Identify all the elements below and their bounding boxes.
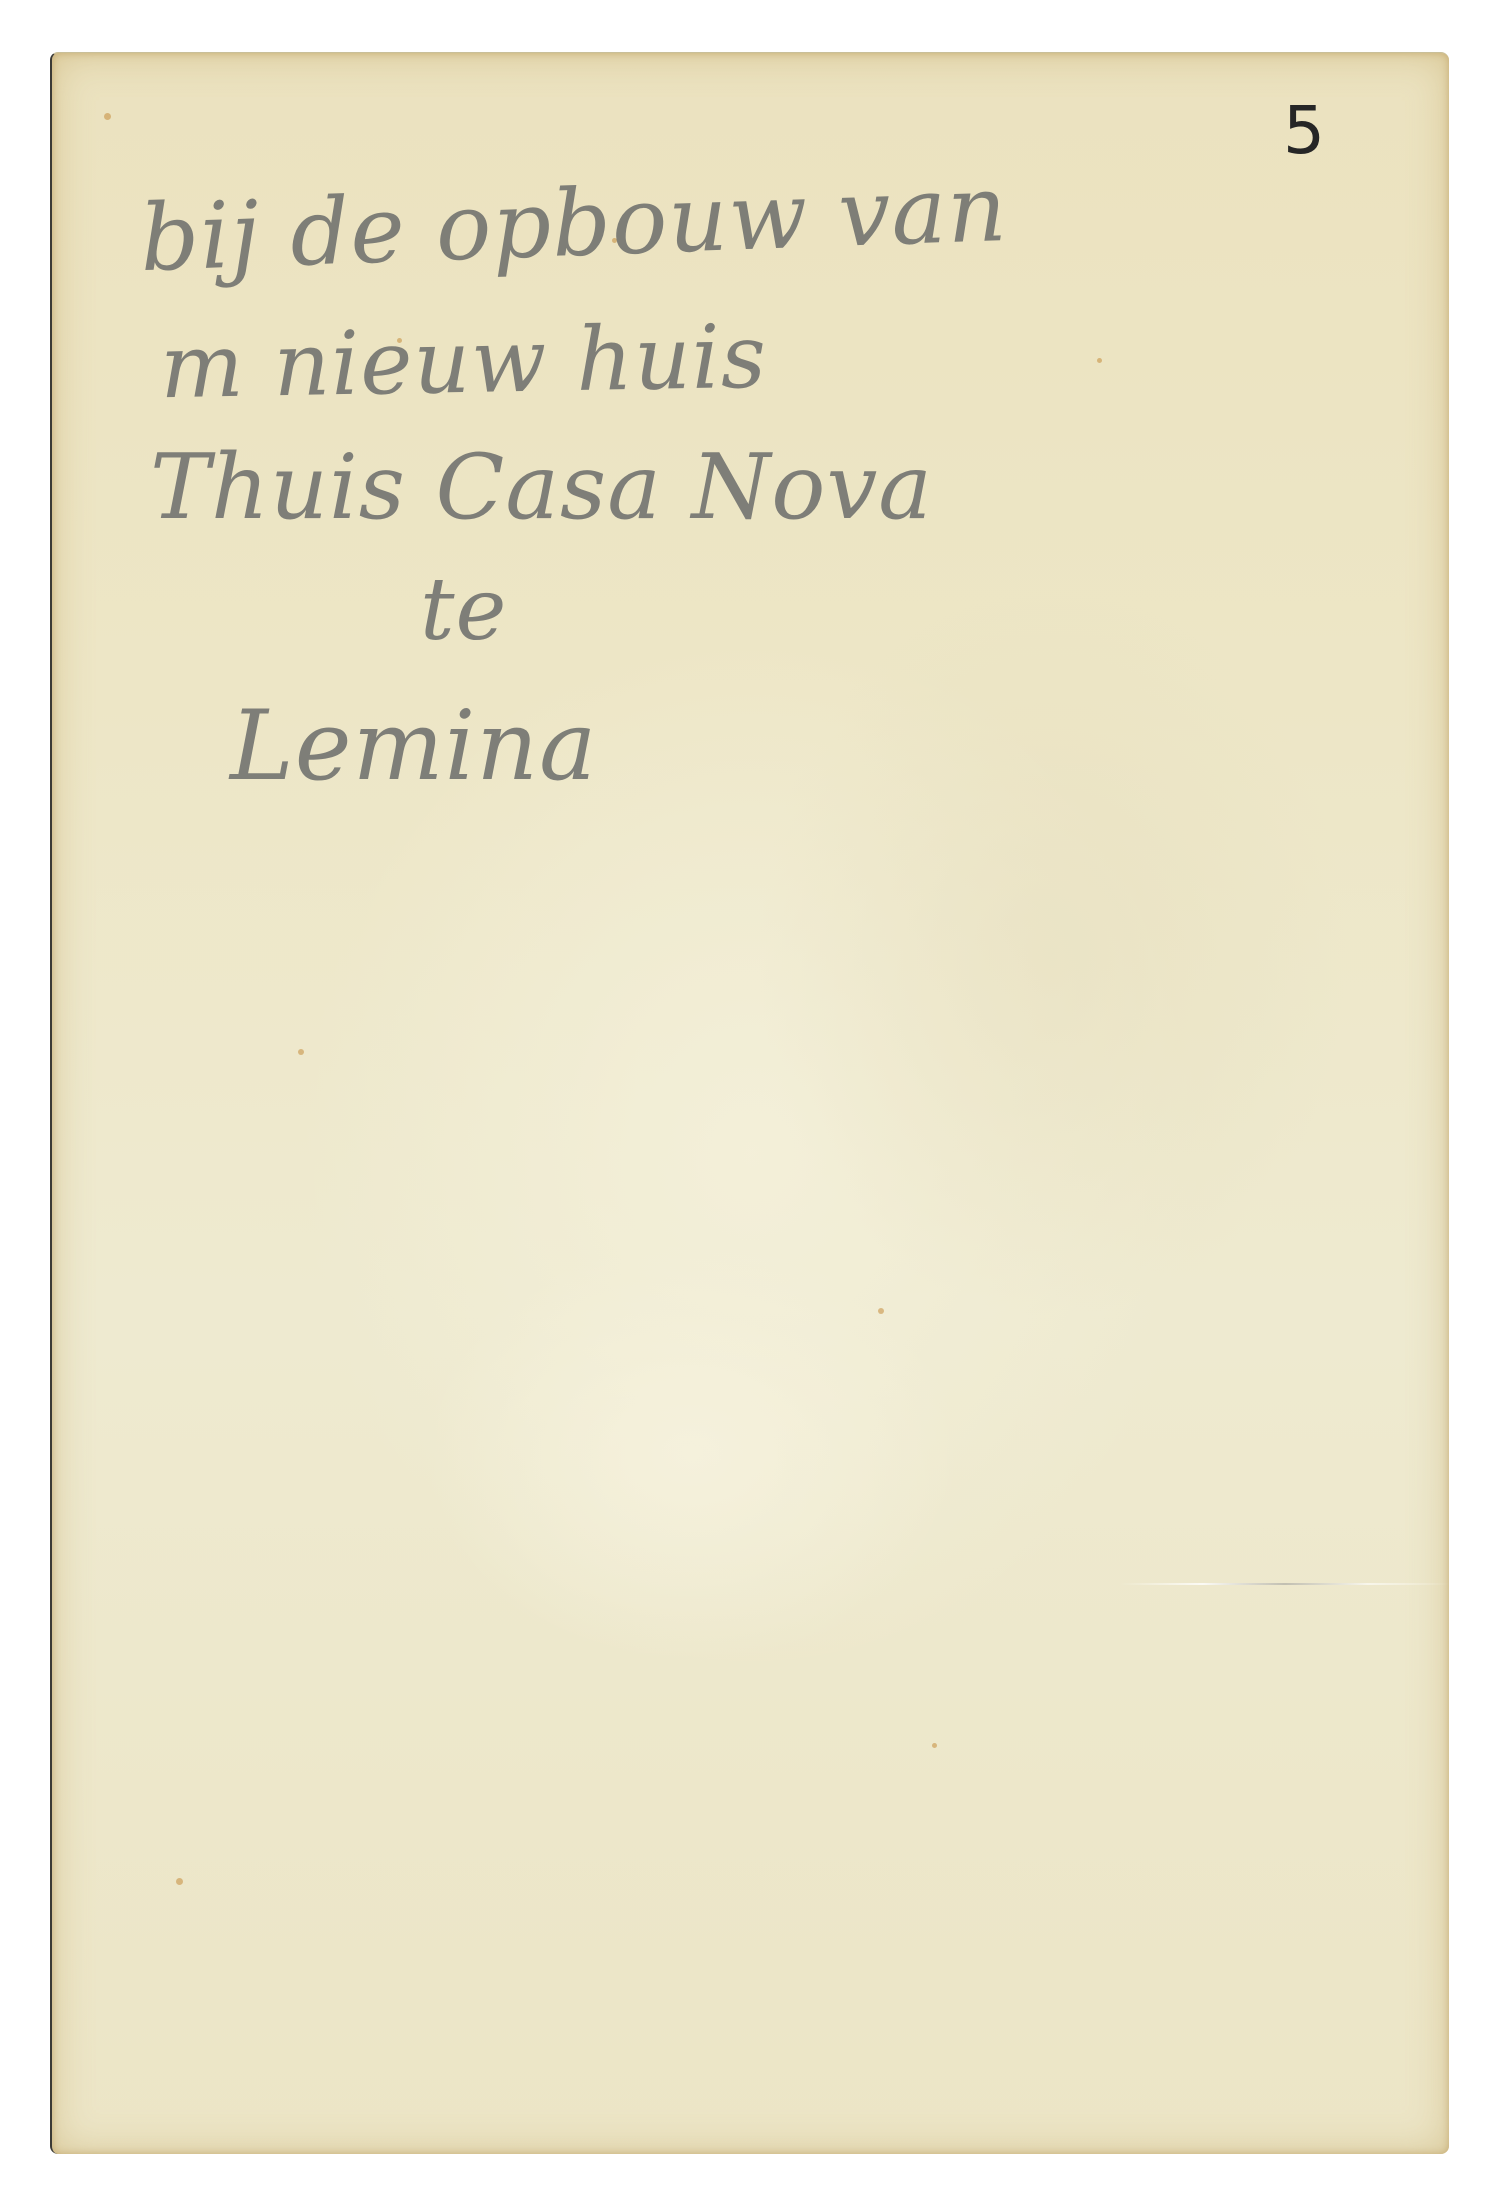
foxing-stain — [878, 1308, 884, 1314]
handwriting-line-3: Thuis Casa Nova — [150, 435, 933, 540]
handwriting-line-4: te — [420, 560, 507, 660]
foxing-stain — [176, 1878, 183, 1885]
handwriting-line-5: Lemina — [230, 690, 597, 802]
page-number: 5 — [1283, 92, 1325, 169]
foxing-stain — [1097, 358, 1102, 363]
foxing-stain — [932, 1743, 937, 1748]
handwriting-line-2: m nieuw huis — [159, 305, 768, 419]
foxing-stain — [298, 1049, 304, 1055]
foxing-stain — [104, 113, 111, 120]
paper-crease — [1120, 1583, 1450, 1585]
